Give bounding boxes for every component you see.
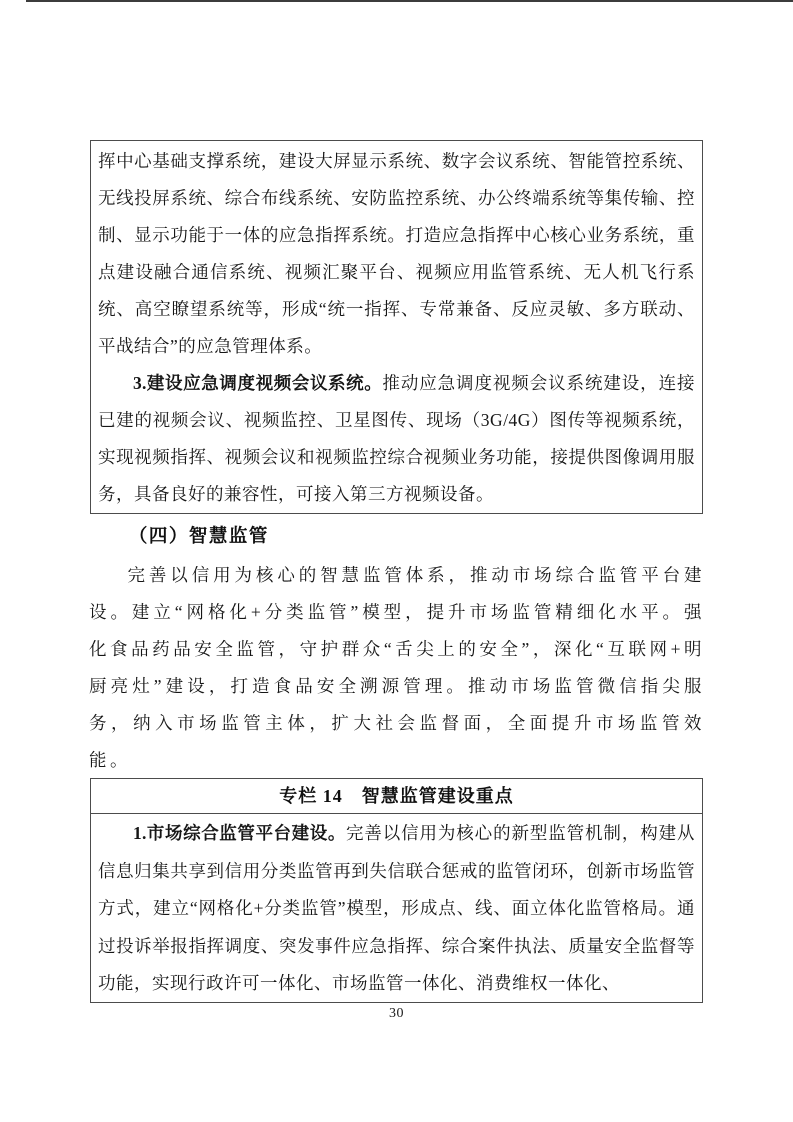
column-14-body: 1.市场综合监管平台建设。完善以信用为核心的新型监管机制，构建从信息归集共享到信…: [91, 814, 702, 1001]
emergency-command-panel: 挥中心基础支撑系统，建设大屏显示系统、数字会议系统、智能管控系统、无线投屏系统、…: [90, 140, 703, 514]
paragraph-market-supervision-platform: 1.市场综合监管平台建设。完善以信用为核心的新型监管机制，构建从信息归集共享到信…: [98, 815, 695, 1001]
section-heading-smart-supervision: （四）智慧监管: [90, 523, 703, 551]
page-top-edge-divider: [26, 0, 793, 2]
section-paragraph-smart-supervision: 完善以信用为核心的智慧监管体系，推动市场综合监管平台建设。建立“网格化+分类监管…: [89, 557, 705, 779]
paragraph-lead-item1: 1.市场综合监管平台建设。: [133, 823, 346, 843]
paragraph-lead-item3: 3.建设应急调度视频会议系统。: [133, 373, 382, 393]
column-14-title: 专栏 14 智慧监管建设重点: [91, 779, 702, 814]
page-number: 30: [0, 1006, 793, 1022]
column-14-panel: 专栏 14 智慧监管建设重点 1.市场综合监管平台建设。完善以信用为核心的新型监…: [90, 778, 703, 1003]
paragraph-emergency-continuation: 挥中心基础支撑系统，建设大屏显示系统、数字会议系统、智能管控系统、无线投屏系统、…: [98, 143, 695, 365]
paragraph-video-conference-system: 3.建设应急调度视频会议系统。推动应急调度视频会议系统建设，连接已建的视频会议、…: [98, 365, 695, 513]
paragraph-body-item1: 完善以信用为核心的新型监管机制，构建从信息归集共享到信用分类监管再到失信联合惩戒…: [98, 823, 695, 993]
document-page: 挥中心基础支撑系统，建设大屏显示系统、数字会议系统、智能管控系统、无线投屏系统、…: [0, 0, 793, 1122]
